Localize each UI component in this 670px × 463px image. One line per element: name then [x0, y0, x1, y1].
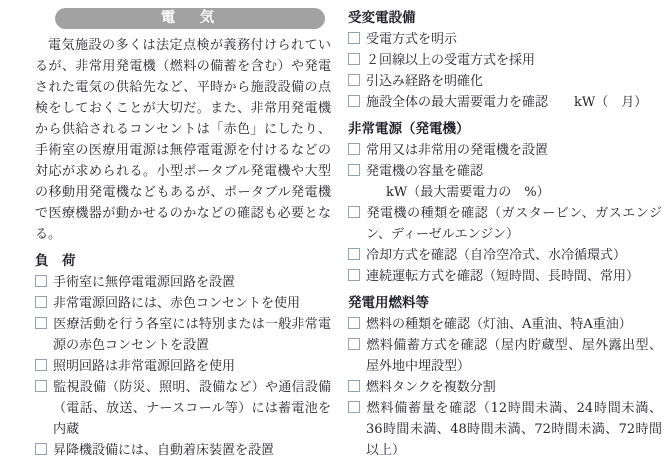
section-power-receiving: 受変電設備 受電方式を明示２回線以上の受電方式を採用引込み経路を明確化施設全体の… — [348, 8, 662, 113]
checklist-item: ２回線以上の受電方式を採用 — [348, 50, 662, 71]
checkbox-icon — [348, 53, 360, 65]
checklist-item: 医療活動を行う各室には特別または一般非常電源の赤色コンセントを設置 — [35, 314, 331, 356]
checkbox-icon — [348, 401, 360, 413]
heading-emergency-power: 非常電源（発電機） — [348, 119, 662, 140]
checklist-item: 発電機の容量を確認 — [348, 161, 662, 182]
checklist-item: 監視設備（防災、照明、設備など）や通信設備（電話、放送、ナースコール等）には蓄電… — [35, 377, 331, 440]
checklist-item-label: 燃料タンクを複数分割 — [366, 380, 496, 395]
checklist-item-label: 発電機の容量を確認 — [366, 164, 483, 179]
checklist-item-label: 照明回路は非常電源回路を使用 — [53, 359, 235, 374]
checklist-item-label: 非常電源回路には、赤色コンセントを使用 — [53, 296, 300, 311]
section-generator-fuel: 発電用燃料等 燃料の種類を確認（灯油、A重油、特A重油）燃料備蓄方式を確認（屋内… — [348, 293, 662, 461]
checkbox-icon — [348, 74, 360, 86]
checklist-item-label: 燃料の種類を確認（灯油、A重油、特A重油） — [366, 317, 632, 332]
checklist-item: 燃料備蓄方式を確認（屋内貯蔵型、屋外露出型、屋外地中埋設型） — [348, 335, 662, 377]
checkbox-icon — [348, 380, 360, 392]
checkbox-icon — [35, 296, 47, 308]
checkbox-icon — [35, 359, 47, 371]
checklist-item: 常用又は非常用の発電機を設置 — [348, 140, 662, 161]
checklist-item-label: 発電機の種類を確認（ガスタービン、ガスエンジン、ディーゼルエンジン） — [366, 206, 662, 242]
title-label: 電 気 — [161, 10, 220, 26]
checklist-item-label: 監視設備（防災、照明、設備など）や通信設備（電話、放送、ナースコール等）には蓄電… — [53, 380, 331, 437]
checklist-item: 燃料備蓄量を確認（12時間未満、24時間未満、36時間未満、48時間未満、72時… — [348, 398, 662, 461]
checklist-item-label: 連続運転方式を確認（短時間、長時間、常用） — [366, 269, 639, 284]
checklist-item-label: 引込み経路を明確化 — [366, 74, 483, 89]
checklist-item-label: 受電方式を明示 — [366, 32, 457, 47]
title-banner-electricity: 電 気 — [55, 8, 325, 29]
checklist-item-label: 医療活動を行う各室には特別または一般非常電源の赤色コンセントを設置 — [53, 317, 331, 353]
checklist-load: 手術室に無停電電源回路を設置非常電源回路には、赤色コンセントを使用医療活動を行う… — [35, 272, 331, 461]
checklist-item: 冷却方式を確認（自冷空冷式、水冷循環式） — [348, 245, 662, 266]
heading-generator-fuel: 発電用燃料等 — [348, 293, 662, 314]
intro-paragraph: 電気施設の多くは法定点検が義務付けられているが、非常用発電機（燃料の備蓄を含む）… — [35, 35, 331, 245]
checkbox-icon — [35, 380, 47, 392]
checklist-item-label: ２回線以上の受電方式を採用 — [366, 53, 535, 68]
checkbox-icon — [348, 248, 360, 260]
heading-power-receiving: 受変電設備 — [348, 8, 662, 29]
checklist-item-subline: kW（最大需要電力の %） — [348, 182, 662, 203]
right-column: 受変電設備 受電方式を明示２回線以上の受電方式を採用引込み経路を明確化施設全体の… — [348, 8, 662, 463]
checkbox-icon — [348, 95, 360, 107]
checklist-item: 燃料の種類を確認（灯油、A重油、特A重油） — [348, 314, 662, 335]
checklist-generator-fuel: 燃料の種類を確認（灯油、A重油、特A重油）燃料備蓄方式を確認（屋内貯蔵型、屋外露… — [348, 314, 662, 461]
checkbox-icon — [35, 443, 47, 455]
document-page: 電 気 電気施設の多くは法定点検が義務付けられているが、非常用発電機（燃料の備蓄… — [0, 0, 670, 463]
checklist-item: 施設全体の最大需要電力を確認 kW（ 月） — [348, 92, 662, 113]
heading-load: 負 荷 — [35, 251, 331, 272]
checklist-item-label: 昇降機設備には、自動着床装置を設置 — [53, 443, 274, 458]
checkbox-icon — [348, 164, 360, 176]
checklist-power-receiving: 受電方式を明示２回線以上の受電方式を採用引込み経路を明確化施設全体の最大需要電力… — [348, 29, 662, 113]
checklist-item: 発電機の種類を確認（ガスタービン、ガスエンジン、ディーゼルエンジン） — [348, 203, 662, 245]
checklist-item: 非常電源回路には、赤色コンセントを使用 — [35, 293, 331, 314]
checklist-item-label: 施設全体の最大需要電力を確認 kW（ 月） — [366, 95, 647, 110]
checkbox-icon — [348, 143, 360, 155]
checklist-item: 昇降機設備には、自動着床装置を設置 — [35, 440, 331, 461]
checklist-item: 引込み経路を明確化 — [348, 71, 662, 92]
checklist-item: 照明回路は非常電源回路を使用 — [35, 356, 331, 377]
checkbox-icon — [348, 338, 360, 350]
checkbox-icon — [348, 206, 360, 218]
checkbox-icon — [35, 275, 47, 287]
checklist-item: 受電方式を明示 — [348, 29, 662, 50]
checklist-item: 連続運転方式を確認（短時間、長時間、常用） — [348, 266, 662, 287]
checklist-item-label: 冷却方式を確認（自冷空冷式、水冷循環式） — [366, 248, 626, 263]
checklist-item-label: 燃料備蓄方式を確認（屋内貯蔵型、屋外露出型、屋外地中埋設型） — [366, 338, 662, 374]
checklist-item-label: 常用又は非常用の発電機を設置 — [366, 143, 548, 158]
checkbox-icon — [348, 317, 360, 329]
checkbox-icon — [35, 317, 47, 329]
section-emergency-power: 非常電源（発電機） 常用又は非常用の発電機を設置発電機の容量を確認kW（最大需要… — [348, 119, 662, 287]
checklist-item: 燃料タンクを複数分割 — [348, 377, 662, 398]
checkbox-icon — [348, 269, 360, 281]
checklist-item: 手術室に無停電電源回路を設置 — [35, 272, 331, 293]
checklist-item-label: 手術室に無停電電源回路を設置 — [53, 275, 235, 290]
checkbox-icon — [348, 32, 360, 44]
left-column: 電 気 電気施設の多くは法定点検が義務付けられているが、非常用発電機（燃料の備蓄… — [35, 8, 331, 463]
checklist-emergency-power: 常用又は非常用の発電機を設置発電機の容量を確認kW（最大需要電力の %）発電機の… — [348, 140, 662, 287]
checklist-item-label: 燃料備蓄量を確認（12時間未満、24時間未満、36時間未満、48時間未満、72時… — [366, 401, 662, 458]
